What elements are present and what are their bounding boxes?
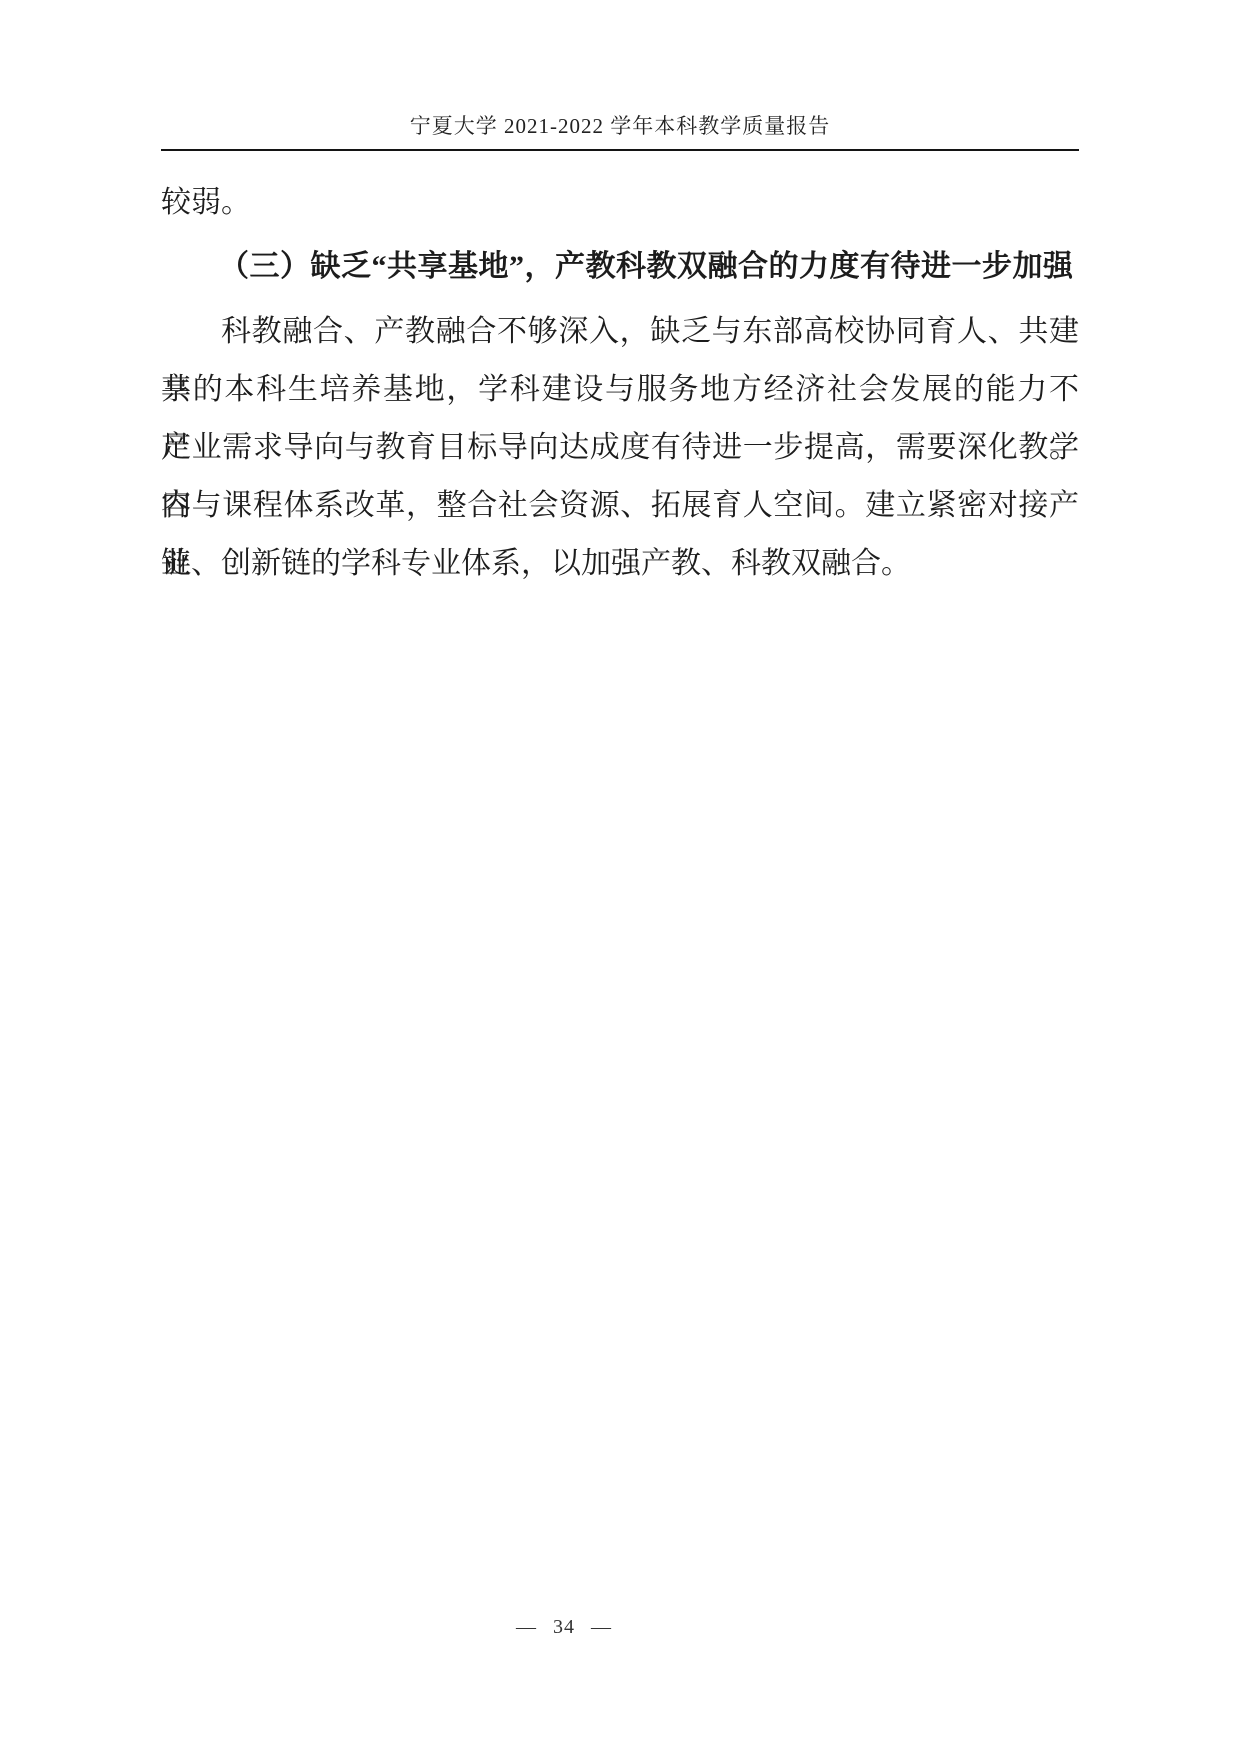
page-footer: — 34 — bbox=[0, 1616, 1128, 1639]
page-number: — 34 — bbox=[516, 1616, 612, 1638]
paragraph-line: 科教融合、产教融合不够深入，缺乏与东部高校协同育人、共建共 bbox=[161, 303, 1079, 361]
running-header-title: 宁夏大学 2021-2022 学年本科教学质量报告 bbox=[161, 110, 1079, 140]
paragraph-line: 享的本科生培养基地，学科建设与服务地方经济社会发展的能力不足。 bbox=[161, 361, 1079, 419]
header-rule bbox=[161, 149, 1079, 151]
section-heading: （三）缺乏“共享基地”，产教科教双融合的力度有待进一步加强 bbox=[161, 238, 1079, 296]
document-page: 宁夏大学 2021-2022 学年本科教学质量报告 较弱。 （三）缺乏“共享基地… bbox=[0, 0, 1240, 1753]
paragraph-line: 链、创新链的学科专业体系，以加强产教、科教双融合。 bbox=[161, 535, 1079, 593]
paragraph-line: 产业需求导向与教育目标导向达成度有待进一步提高，需要深化教学内 bbox=[161, 419, 1079, 477]
paragraph-line: 容与课程体系改革，整合社会资源、拓展育人空间。建立紧密对接产业 bbox=[161, 477, 1079, 535]
paragraph-continuation-line: 较弱。 bbox=[161, 174, 1079, 232]
page-body: 较弱。 （三）缺乏“共享基地”，产教科教双融合的力度有待进一步加强 科教融合、产… bbox=[161, 152, 1079, 593]
